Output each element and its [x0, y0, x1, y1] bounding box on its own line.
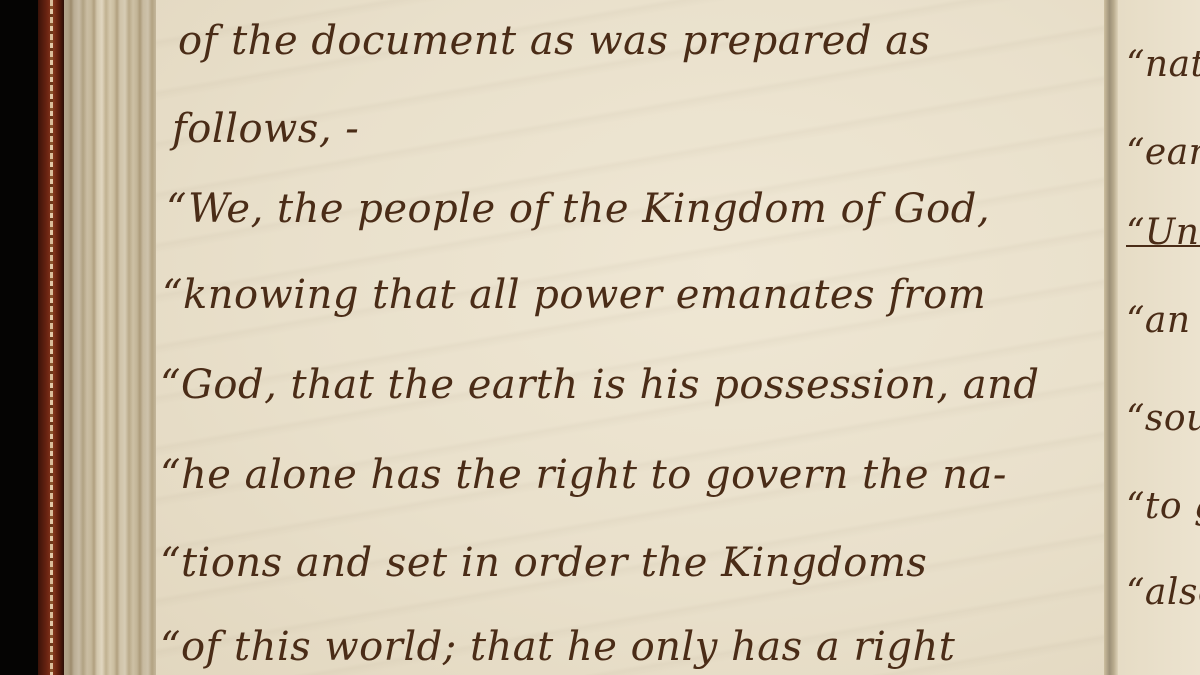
facing-line-6: “to g	[1126, 486, 1200, 527]
manuscript-line-2: follows, -	[172, 106, 359, 152]
manuscript-line-3: “We, the people of the Kingdom of God,	[166, 186, 990, 232]
background	[0, 0, 40, 675]
book-gutter	[1104, 0, 1118, 675]
manuscript-line-7: “tions and set in order the Kingdoms	[160, 540, 927, 586]
facing-page: “nat “earn “Uni “an “sou “to g “also	[1118, 0, 1200, 675]
facing-line-4: “an	[1126, 300, 1191, 341]
facing-line-1: “nat	[1126, 44, 1200, 85]
page-stack-shade	[64, 0, 156, 675]
manuscript-line-5: “God, that the earth is his possession, …	[160, 362, 1040, 408]
facing-line-3: “Uni	[1126, 212, 1200, 253]
manuscript-line-4: “knowing that all power emanates from	[162, 272, 986, 318]
facing-line-7: “also	[1126, 572, 1200, 613]
manuscript-line-8: “of this world; that he only has a right	[160, 624, 955, 670]
manuscript-line-1: of the document as was prepared as	[178, 18, 931, 64]
manuscript-line-6: “he alone has the right to govern the na…	[160, 452, 1007, 498]
facing-line-2: “earn	[1126, 132, 1200, 173]
book-cover-gilt-edge	[50, 0, 53, 675]
facing-line-5: “sou	[1126, 398, 1200, 439]
